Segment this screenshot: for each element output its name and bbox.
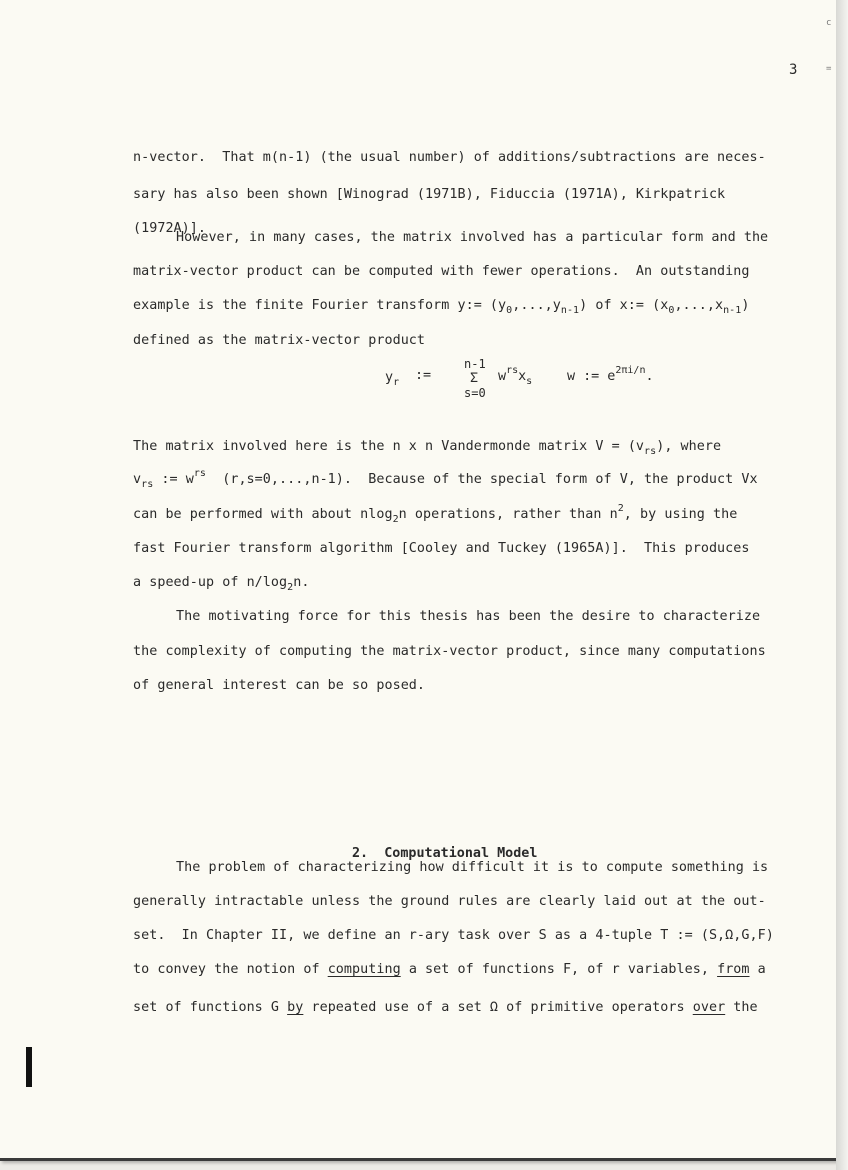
text-line: n-vector. That m(n-1) (the usual number)… bbox=[133, 150, 766, 166]
text-line: of general interest can be so posed. bbox=[133, 678, 425, 694]
margin-bar-mark bbox=[26, 1047, 32, 1087]
text-line: generally intractable unless the ground … bbox=[133, 894, 766, 910]
text-line: matrix-vector product can be computed wi… bbox=[133, 264, 750, 280]
text-line: to convey the notion of computing a set … bbox=[133, 962, 766, 978]
text-line: The motivating force for this thesis has… bbox=[176, 609, 760, 625]
text-line: a speed-up of n/log2n. bbox=[133, 575, 309, 591]
text-line: vrs := wrs (r,s=0,...,n-1). Because of t… bbox=[133, 472, 758, 488]
text-line: However, in many cases, the matrix invol… bbox=[176, 230, 768, 246]
text-line: the complexity of computing the matrix-v… bbox=[133, 644, 766, 660]
text-line: set of functions G by repeated use of a … bbox=[133, 1000, 758, 1016]
document-page: 3 c = n-vector. That m(n-1) (the usual n… bbox=[0, 0, 838, 1161]
scan-speck: c bbox=[826, 18, 831, 28]
page-number: 3 bbox=[789, 62, 797, 78]
text-line: fast Fourier transform algorithm [Cooley… bbox=[133, 541, 750, 557]
section-heading: 2. Computational Model bbox=[352, 846, 537, 861]
text-line: The matrix involved here is the n x n Va… bbox=[133, 439, 721, 455]
text-line: can be performed with about nlog2n opera… bbox=[133, 507, 737, 523]
text-line: example is the finite Fourier transform … bbox=[133, 298, 749, 314]
text-line: set. In Chapter II, we define an r-ary t… bbox=[133, 928, 774, 944]
text-line: The problem of characterizing how diffic… bbox=[176, 860, 768, 876]
scan-speck: = bbox=[826, 64, 831, 74]
text-line: sary has also been shown [Winograd (1971… bbox=[133, 187, 725, 203]
text-line: defined as the matrix-vector product bbox=[133, 333, 425, 349]
page-edge bbox=[836, 0, 848, 1170]
